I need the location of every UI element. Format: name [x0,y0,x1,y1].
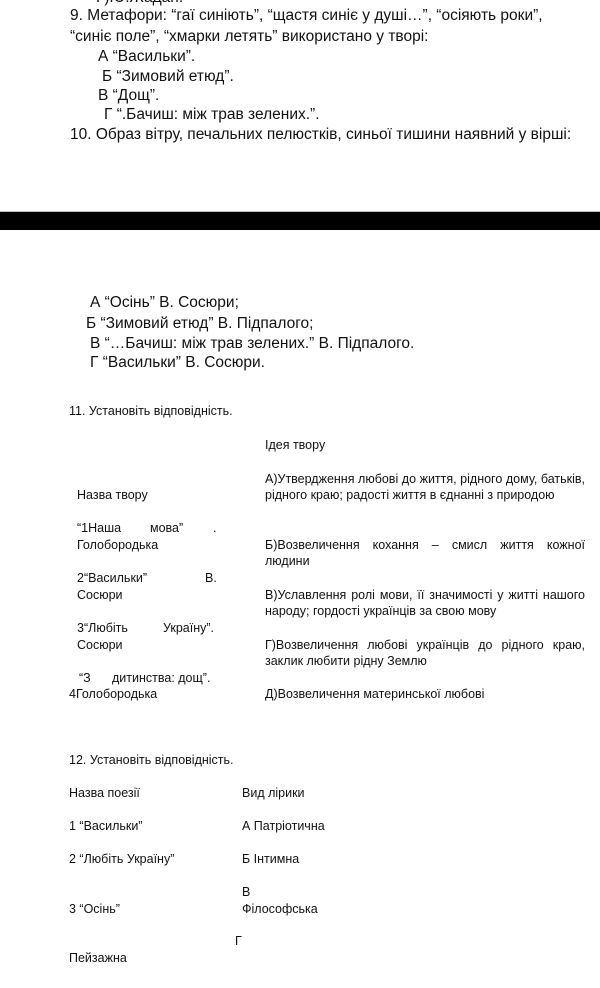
question-9-option-b: Б “Зимовий етюд”. [102,67,234,87]
question-12-right-item-b: Б Інтимна [242,851,299,867]
question-9-option-a: А “Васильки”. [98,47,195,67]
question-12-right-item-v-text: Філософська [242,901,318,917]
left-item-3-line-2: Сосюри [77,637,123,653]
left-item-1-part-c: . [213,520,216,536]
question-12-right-item-g-letter: Г [235,933,242,949]
left-item-3-part-c: Україну”. [163,620,214,636]
question-11-title: 11. Установіть відповідність. [69,403,233,419]
question-11-left-header: Назва твору [77,487,148,503]
question-10-option-b: Б “Зимовий етюд” В. Підпалого; [86,314,313,334]
question-9-option-g: Г “.Бачиш: між трав зелених.”. [104,105,320,125]
question-11-right-item-a: А)Утвердження любові до життя, рідного д… [265,471,585,503]
left-item-4-part-b: дитинства: дощ”. [112,670,210,686]
question-11-right-item-b: Б)Возвеличення кохання – смисл життя кож… [265,537,585,569]
question-11-right-item-v: В)Уславлення ролі мови, її значимості у … [265,587,585,619]
page-separator [0,211,600,230]
question-12-left-item-2: 2 “Любіть Україну” [69,851,174,867]
question-12-left-item-4: Пейзажна [69,950,127,966]
question-12-left-header: Назва поезії [69,785,140,801]
question-11-right-header: Ідея твору [265,437,325,453]
left-item-3-part-a: 3“Любіть [77,620,128,636]
question-10-option-v: В “…Бачиш: між трав зелених.” В. Підпало… [90,334,414,354]
left-item-4-line-2: 4Голобородька [69,686,157,702]
left-item-2-part-c: В. [205,570,217,586]
question-9-line-2: “синіє поле”, “хмарки летять” використан… [70,27,428,47]
question-12-left-item-1: 1 “Васильки” [69,818,143,834]
left-item-4-part-a: “З [79,670,91,686]
question-10-option-g: Г “Васильки” В. Сосюри. [90,353,265,373]
question-11-right-item-d: Д)Возвеличення материнської любові [265,686,484,702]
left-item-2-line-2: Сосюри [77,587,123,603]
question-12-left-item-3: 3 “Осінь” [69,901,120,917]
left-item-2-part-a: 2“Васильки” [77,570,147,586]
question-10-text: 10. Образ вітру, печальних пелюстків, си… [70,125,571,145]
question-12-right-header: Вид лірики [242,785,305,801]
question-9-option-v: В “Дощ”. [98,86,159,106]
question-11-right-item-g: Г)Возвеличення любові українців до рідно… [265,637,585,669]
left-item-1-line-2: Голобородька [77,537,158,553]
left-item-1-part-a: “1Наша [77,520,121,536]
left-item-1-part-b: мова” [150,520,183,536]
question-9-line-1: 9. Метафори: “гаї синіють”, “щастя синіє… [70,6,543,26]
question-12-title: 12. Установіть відповідність. [69,752,234,768]
question-12-right-item-a: А Патріотична [242,818,325,834]
question-12-right-item-v-letter: В [242,884,250,900]
question-10-option-a: А “Осінь” В. Сосюри; [90,293,239,313]
